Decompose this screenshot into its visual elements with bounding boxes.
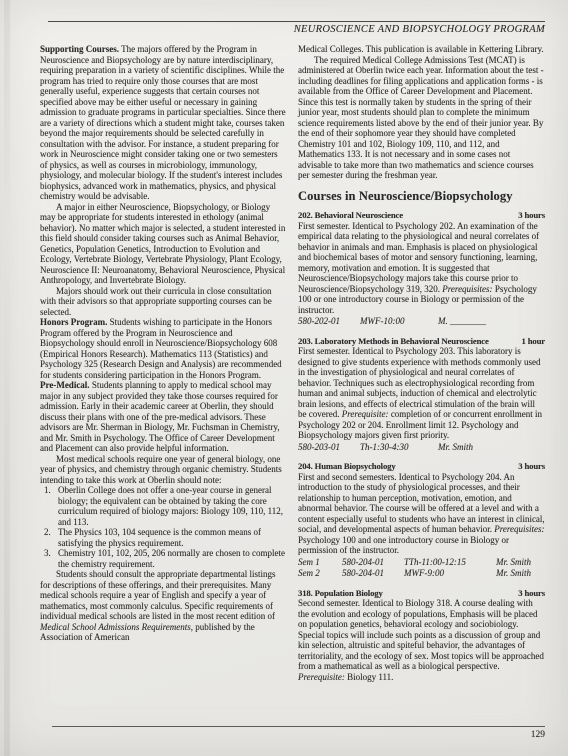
text-run: A major in either Neuroscience, Biopsych… (40, 202, 285, 286)
schedule-cell: M. ________ (438, 316, 486, 327)
bold-text: Supporting Courses. (40, 44, 119, 54)
course-header: 202. Behavioral Neuroscience3 hours (298, 210, 545, 221)
course-description: First semester. Identical to Psychology … (298, 221, 545, 316)
list-number: 3. (44, 548, 58, 569)
course-entry: 202. Behavioral Neuroscience3 hoursFirst… (298, 210, 545, 327)
course-title: 202. Behavioral Neuroscience (298, 210, 403, 221)
paragraph: Honors Program. Students wishing to part… (40, 317, 287, 380)
italic-text: Prerequisite: (298, 672, 345, 682)
paragraph: Students should consult the appropriate … (40, 569, 287, 643)
schedule-cell: 580-204-01 (342, 568, 404, 579)
page-number: 129 (52, 730, 545, 740)
course-hours: 3 hours (518, 210, 545, 221)
text-run: Second semester. Identical to Biology 31… (298, 598, 544, 671)
catalog-page: NEUROSCIENCE AND BIOPSYCHOLOGY PROGRAM S… (0, 0, 568, 756)
course-title: 204. Human Biopsychology (298, 461, 396, 472)
paragraph: Most medical schools require one year of… (40, 454, 287, 486)
list-number: 1. (44, 485, 58, 527)
course-description: Second semester. Identical to Biology 31… (298, 598, 545, 682)
course-header: 318. Population Biology3 hours (298, 588, 545, 599)
schedule-cell: Mr. Smith (496, 568, 531, 579)
list-item-text: The Physics 103, 104 sequence is the com… (58, 527, 287, 548)
schedule-line: Sem 2580-204-01MWF-9:00Mr. Smith (298, 568, 545, 579)
section-heading: Courses in Neuroscience/Biopsychology (298, 191, 545, 202)
schedule-cell: Mr. Smith (438, 442, 473, 453)
text-run: Biology 111. (345, 672, 394, 682)
course-entry: 204. Human Biopsychology3 hoursFirst and… (298, 461, 545, 579)
course-header: 203. Laboratory Methods in Behavioral Ne… (298, 336, 545, 347)
text-run: The required Medical College Admissions … (298, 55, 544, 181)
italic-text: Prerequisites: (494, 524, 544, 534)
bold-text: Honors Program. (40, 317, 107, 327)
list-item-text: Oberlin College does not offer a one-yea… (58, 485, 287, 527)
course-title: 318. Population Biology (298, 588, 383, 599)
course-hours: 3 hours (518, 461, 545, 472)
right-column: Medical Colleges. This publication is av… (298, 44, 545, 682)
schedule-cell: 580-203-01 (298, 442, 360, 453)
text-run: Psychology 100 and one introductory cour… (298, 535, 509, 556)
schedule-cell: MWF-9:00 (404, 568, 496, 579)
schedule-cell: Sem 1 (298, 557, 342, 568)
course-hours: 1 hour (522, 336, 545, 347)
page-content: NEUROSCIENCE AND BIOPSYCHOLOGY PROGRAM S… (0, 0, 568, 682)
numbered-list: 1.Oberlin College does not offer a one-y… (40, 485, 287, 569)
course-entry: 318. Population Biology3 hoursSecond sem… (298, 588, 545, 683)
course-description: First semester. Identical to Psychology … (298, 346, 545, 441)
paragraph: The required Medical College Admissions … (298, 55, 545, 181)
page-footer: 129 (52, 726, 545, 740)
page-header-title: NEUROSCIENCE AND BIOPSYCHOLOGY PROGRAM (40, 24, 545, 35)
text-run: Students planning to apply to medical sc… (40, 380, 280, 453)
paragraph: Pre-Medical. Students planning to apply … (40, 380, 287, 454)
course-description: First and second semesters. Identical to… (298, 472, 545, 556)
paragraph: Majors should work out their curricula i… (40, 286, 287, 318)
page-header: NEUROSCIENCE AND BIOPSYCHOLOGY PROGRAM (40, 21, 545, 35)
list-item: 1.Oberlin College does not offer a one-y… (40, 485, 287, 527)
course-hours: 3 hours (518, 588, 545, 599)
schedule-cell: Mr. Smith (496, 557, 531, 568)
text-run: Medical Colleges. This publication is av… (298, 44, 544, 54)
footer-rule (52, 726, 545, 727)
paragraph: A major in either Neuroscience, Biopsych… (40, 202, 287, 286)
schedule-cell: MWF-10:00 (360, 316, 438, 327)
schedule-line: 580-202-01MWF-10:00M. ________ (298, 316, 545, 327)
text-run: The majors offered by the Program in Neu… (40, 44, 286, 201)
list-item: 3.Chemistry 101, 102, 205, 206 normally … (40, 548, 287, 569)
italic-text: Prerequisite: (342, 409, 389, 419)
course-header: 204. Human Biopsychology3 hours (298, 461, 545, 472)
bold-text: Pre-Medical. (40, 380, 90, 390)
schedule-line: Sem 1580-204-01TTh-11:00-12:15Mr. Smith (298, 557, 545, 568)
course-title: 203. Laboratory Methods in Behavioral Ne… (298, 336, 489, 347)
schedule-cell: TTh-11:00-12:15 (404, 557, 496, 568)
two-column-layout: Supporting Courses. The majors offered b… (40, 44, 545, 682)
list-item-text: Chemistry 101, 102, 205, 206 normally ar… (58, 548, 287, 569)
italic-text: Medical School Admissions Requirements, (40, 622, 193, 632)
text-run: Most medical schools require one year of… (40, 454, 282, 485)
list-item: 2.The Physics 103, 104 sequence is the c… (40, 527, 287, 548)
schedule-cell: Sem 2 (298, 568, 342, 579)
schedule-cell: Th-1:30-4:30 (360, 442, 438, 453)
course-entry: 203. Laboratory Methods in Behavioral Ne… (298, 336, 545, 453)
schedule-cell: 580-204-01 (342, 557, 404, 568)
text-run: Students should consult the appropriate … (40, 569, 275, 621)
schedule-line: 580-203-01Th-1:30-4:30Mr. Smith (298, 442, 545, 453)
text-run: Majors should work out their curricula i… (40, 286, 272, 317)
paragraph: Medical Colleges. This publication is av… (298, 44, 545, 55)
header-rule (48, 21, 545, 22)
paragraph: Supporting Courses. The majors offered b… (40, 44, 287, 202)
italic-text: Prerequisites: (442, 284, 492, 294)
schedule-cell: 580-202-01 (298, 316, 360, 327)
list-number: 2. (44, 527, 58, 548)
left-column: Supporting Courses. The majors offered b… (40, 44, 287, 682)
